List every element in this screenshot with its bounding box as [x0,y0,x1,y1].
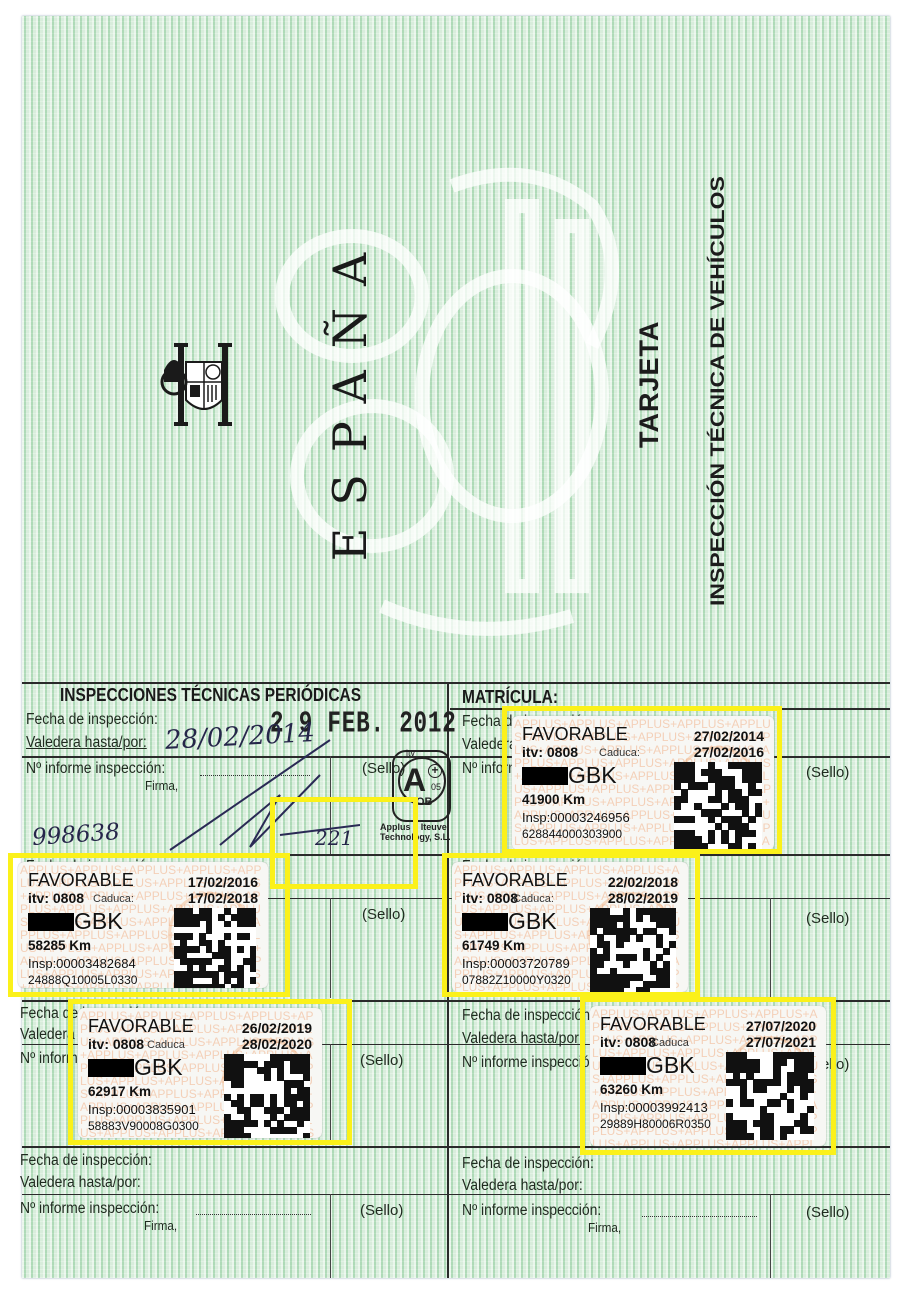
label-firma: Firma, [588,1220,621,1235]
country-name: ESPAÑA [300,246,400,546]
label-firma: Firma, [144,1218,177,1233]
dotted-line [196,1213,311,1215]
highlight-box [442,853,700,997]
stamp-letter: A [403,762,426,799]
label-informe: Nº informe inspección: [20,1200,159,1218]
coat-of-arms-icon [150,340,245,430]
label-valedera: Valedera hasta/por: [462,1030,583,1048]
label-fecha: Fecha de inspección: [462,1155,594,1173]
label-informe: Nº informe inspección: [26,760,165,778]
label-valedera: Valedera hasta/por: [26,734,147,752]
label-fecha: Fecha de inspección: [462,1007,594,1025]
row4-mid [22,1194,890,1195]
highlight-box [68,999,352,1145]
sello-divider [770,898,771,998]
highlight-box [8,853,290,997]
label-sello: (Sello) [806,910,849,927]
label-sello: (Sello) [806,764,849,781]
country-text: ESPAÑA [323,231,377,562]
sello-divider [330,898,331,998]
dotted-line [642,1215,757,1217]
header-periodic-inspections: INSPECCIONES TÉCNICAS PERIÓDICAS [60,685,361,706]
label-sello: (Sello) [806,1204,849,1221]
label-sello: (Sello) [360,1052,403,1069]
stamp-code1: 05 [431,782,441,792]
highlight-box [502,706,782,854]
highlight-box [270,797,418,889]
label-valedera: Valedera hasta/por: [462,1177,583,1195]
label-sello: (Sello) [360,1202,403,1219]
label-informe: Nº informe inspección: [462,1202,601,1220]
stamp-code2: OB [416,796,433,808]
sello-divider [330,1194,331,1278]
stamp-top-text: itv [406,748,415,758]
label-valedera: Valedera hasta/por: [20,1174,141,1192]
table-border-top [22,682,890,684]
sello-divider [770,1194,771,1278]
label-fecha: Fecha de inspección: [26,711,158,729]
label-sello: (Sello) [362,906,405,923]
highlight-box [580,997,836,1155]
header-plate: MATRÍCULA: [462,687,558,708]
label-fecha: Fecha de inspección: [20,1152,152,1170]
card-title: TARJETA [634,321,665,449]
card-subtitle: INSPECCIÓN TÉCNICA DE VEHÍCULOS [706,176,729,606]
